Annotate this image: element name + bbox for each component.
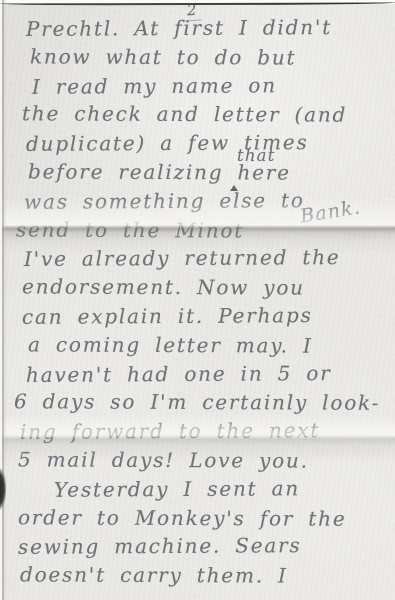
letter-line: the check and letter (and [22,101,347,126]
letter-line: endorsement. Now you [22,274,305,299]
caret-mark [230,185,238,191]
letter-line: was something else to [24,188,305,214]
letter-line: ing forward to the next [20,418,320,444]
paper-left-edge [0,0,7,600]
letter-line: a coming letter may. I [28,332,313,357]
inserted-word: that [237,146,276,165]
letter-line: Yesterday I sent an [54,476,300,502]
scanned-letter-page: 2 Prechtl. At first I didn't know what t… [0,0,395,600]
letter-line: 6 days so I'm certainly look- [14,389,380,415]
letter-line: I've already returned the [24,245,341,271]
letter-line: 5 mail days! Love you. [18,447,309,472]
inserted-word: Bank. [299,196,363,227]
letter-line: Prechtl. At first I didn't [26,15,332,41]
letter-line: doesn't carry them. I [20,562,288,587]
letter-line: haven't had one in 5 or [26,361,332,387]
letter-line: send to the Minot [16,218,244,243]
letter-line: I read my name on [32,73,277,98]
letter-line: can explain it. Perhaps [22,303,313,329]
letter-line: order to Monkey's for the [18,505,347,530]
letter-line: sewing machine. Sears [18,533,302,559]
letter-line: know what to do but [30,44,297,69]
